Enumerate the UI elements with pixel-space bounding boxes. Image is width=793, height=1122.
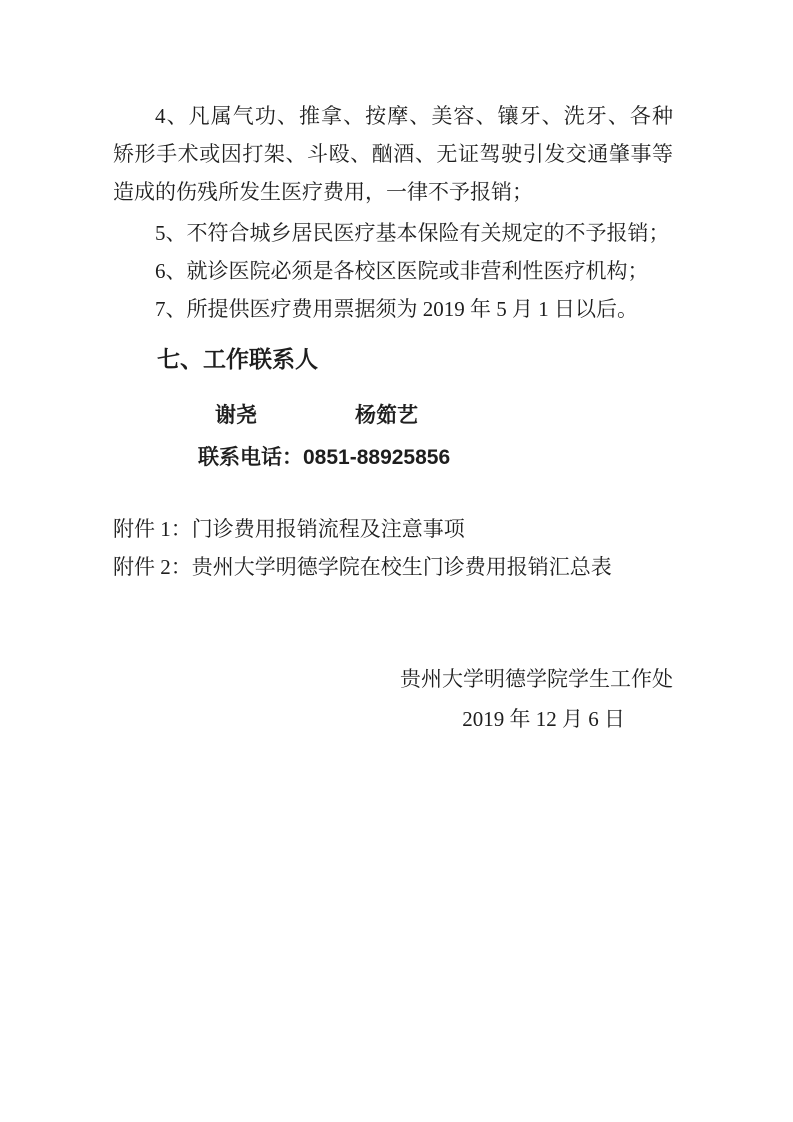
attachment-1: 附件 1：门诊费用报销流程及注意事项 (113, 510, 673, 548)
contact-phone-number: 0851-88925856 (303, 446, 450, 469)
attachment-2-title: 贵州大学明德学院在校生门诊费用报销汇总表 (192, 555, 612, 579)
paragraph-item-5: 5、不符合城乡居民医疗基本保险有关规定的不予报销； (113, 214, 673, 252)
contact-names: 谢尧杨筎艺 (113, 397, 673, 435)
paragraph-line: 造成的伤残所发生医疗费用，一律不予报销； (113, 173, 673, 211)
attachment-1-label: 附件 1： (113, 517, 192, 541)
signature-organization: 贵州大学明德学院学生工作处 (113, 660, 673, 698)
document-page: 4、凡属气功、推拿、按摩、美容、镶牙、洗牙、各种 矫形手术或因打架、斗殴、酗酒、… (0, 0, 793, 1122)
contact-phone-label: 联系电话： (198, 446, 303, 469)
document-content: 4、凡属气功、推拿、按摩、美容、镶牙、洗牙、各种 矫形手术或因打架、斗殴、酗酒、… (113, 97, 673, 738)
contact-phone: 联系电话：0851-88925856 (113, 439, 673, 477)
signature-date: 2019 年 12 月 6 日 (113, 700, 673, 738)
paragraph-item-4: 4、凡属气功、推拿、按摩、美容、镶牙、洗牙、各种 矫形手术或因打架、斗殴、酗酒、… (113, 97, 673, 211)
paragraph-line: 4、凡属气功、推拿、按摩、美容、镶牙、洗牙、各种 (113, 97, 673, 135)
paragraph-item-6: 6、就诊医院必须是各校区医院或非营利性医疗机构； (113, 252, 673, 290)
paragraph-line: 矫形手术或因打架、斗殴、酗酒、无证驾驶引发交通肇事等 (113, 135, 673, 173)
contact-name-2: 杨筎艺 (355, 404, 418, 427)
attachment-2: 附件 2：贵州大学明德学院在校生门诊费用报销汇总表 (113, 548, 673, 586)
contact-name-1: 谢尧 (215, 404, 257, 427)
attachment-2-label: 附件 2： (113, 555, 192, 579)
paragraph-item-7: 7、所提供医疗费用票据须为 2019 年 5 月 1 日以后。 (113, 290, 673, 328)
attachment-1-title: 门诊费用报销流程及注意事项 (192, 517, 465, 541)
section-heading: 七、工作联系人 (113, 340, 673, 378)
